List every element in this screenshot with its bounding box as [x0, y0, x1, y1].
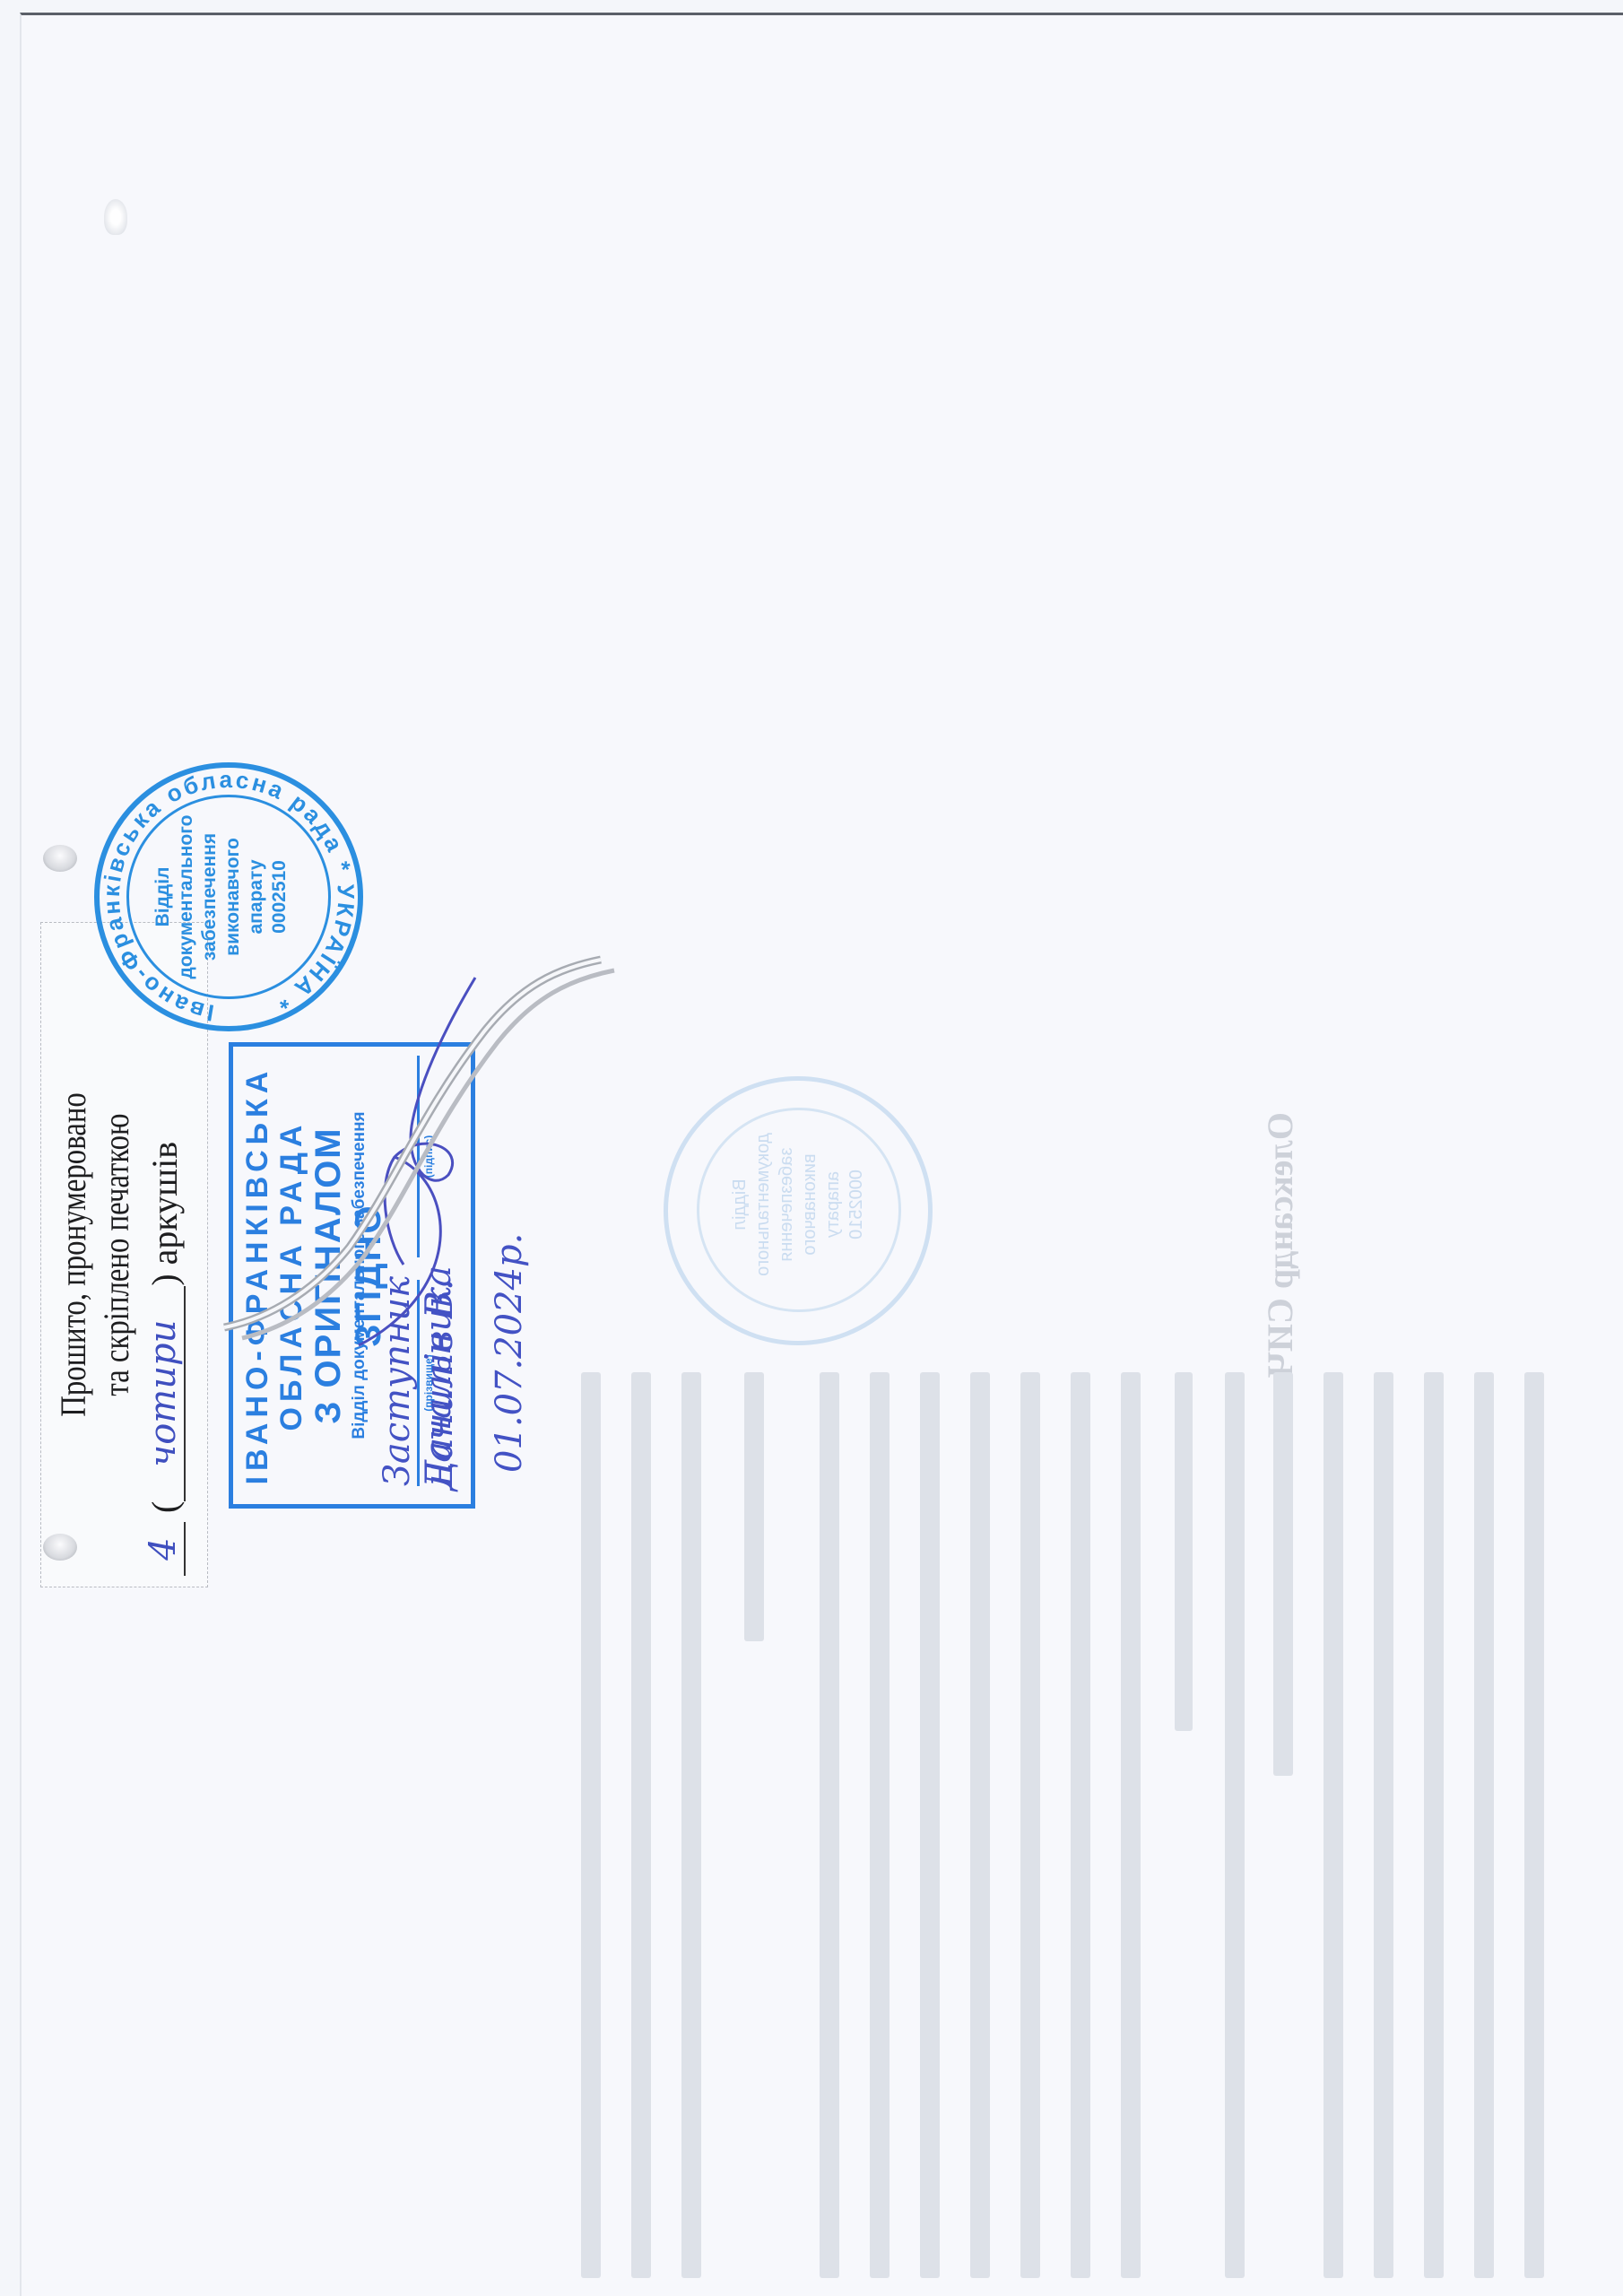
bleed-through-text-lines: [0, 0, 1623, 2296]
